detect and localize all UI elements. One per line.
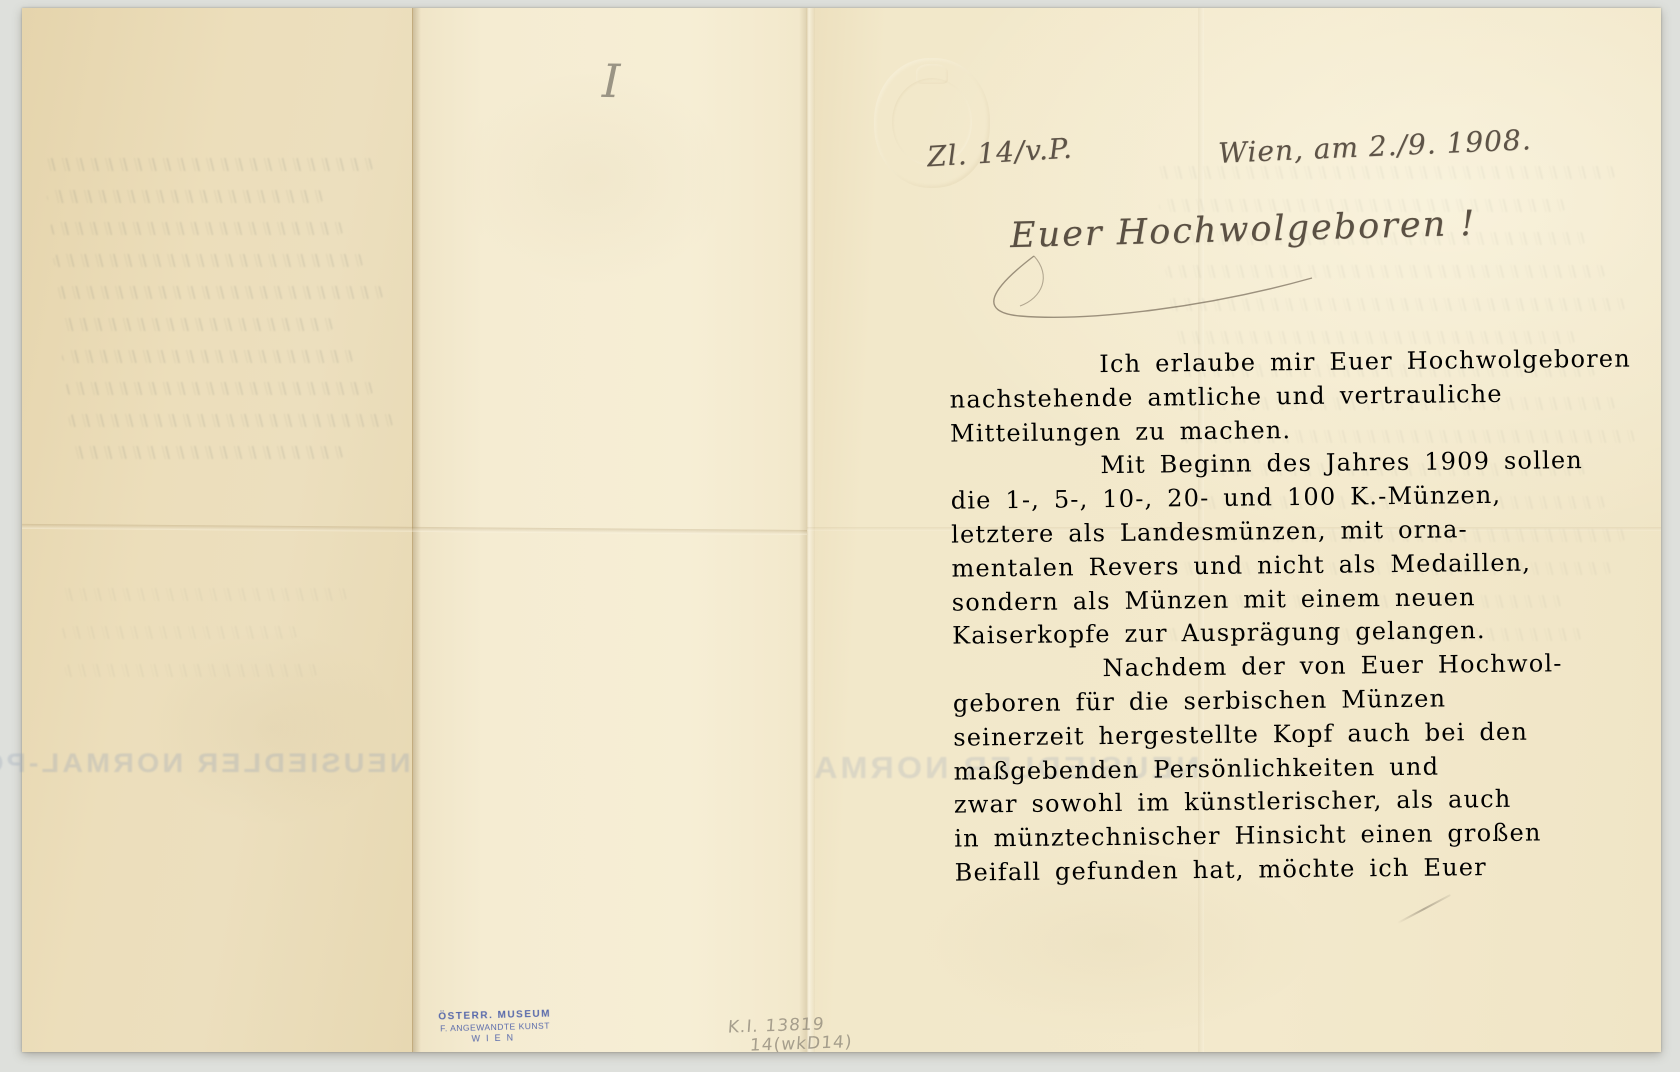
scanned-letter-screenshot: { "letter": { "reference": "Zl. 14/v.P."… [0,0,1680,1072]
seal-crown-emboss [916,64,948,84]
letter-body: Ich erlaube mir Euer Hochwolgeboren nach… [949,342,1655,890]
museum-ink-stamp: ÖSTERR. MUSEUM F. ANGEWANDTE KUNST WIEN [420,1008,571,1045]
salutation-flourish [982,254,1362,324]
letter-scan-sheet: NEUSIEDLER NORMAL-POST NEUSIEDLER NORMAL… [22,8,1661,1052]
pencil-inventory-code: 14(wkD14) [749,1032,853,1056]
pencil-page-numeral: I [602,54,621,108]
